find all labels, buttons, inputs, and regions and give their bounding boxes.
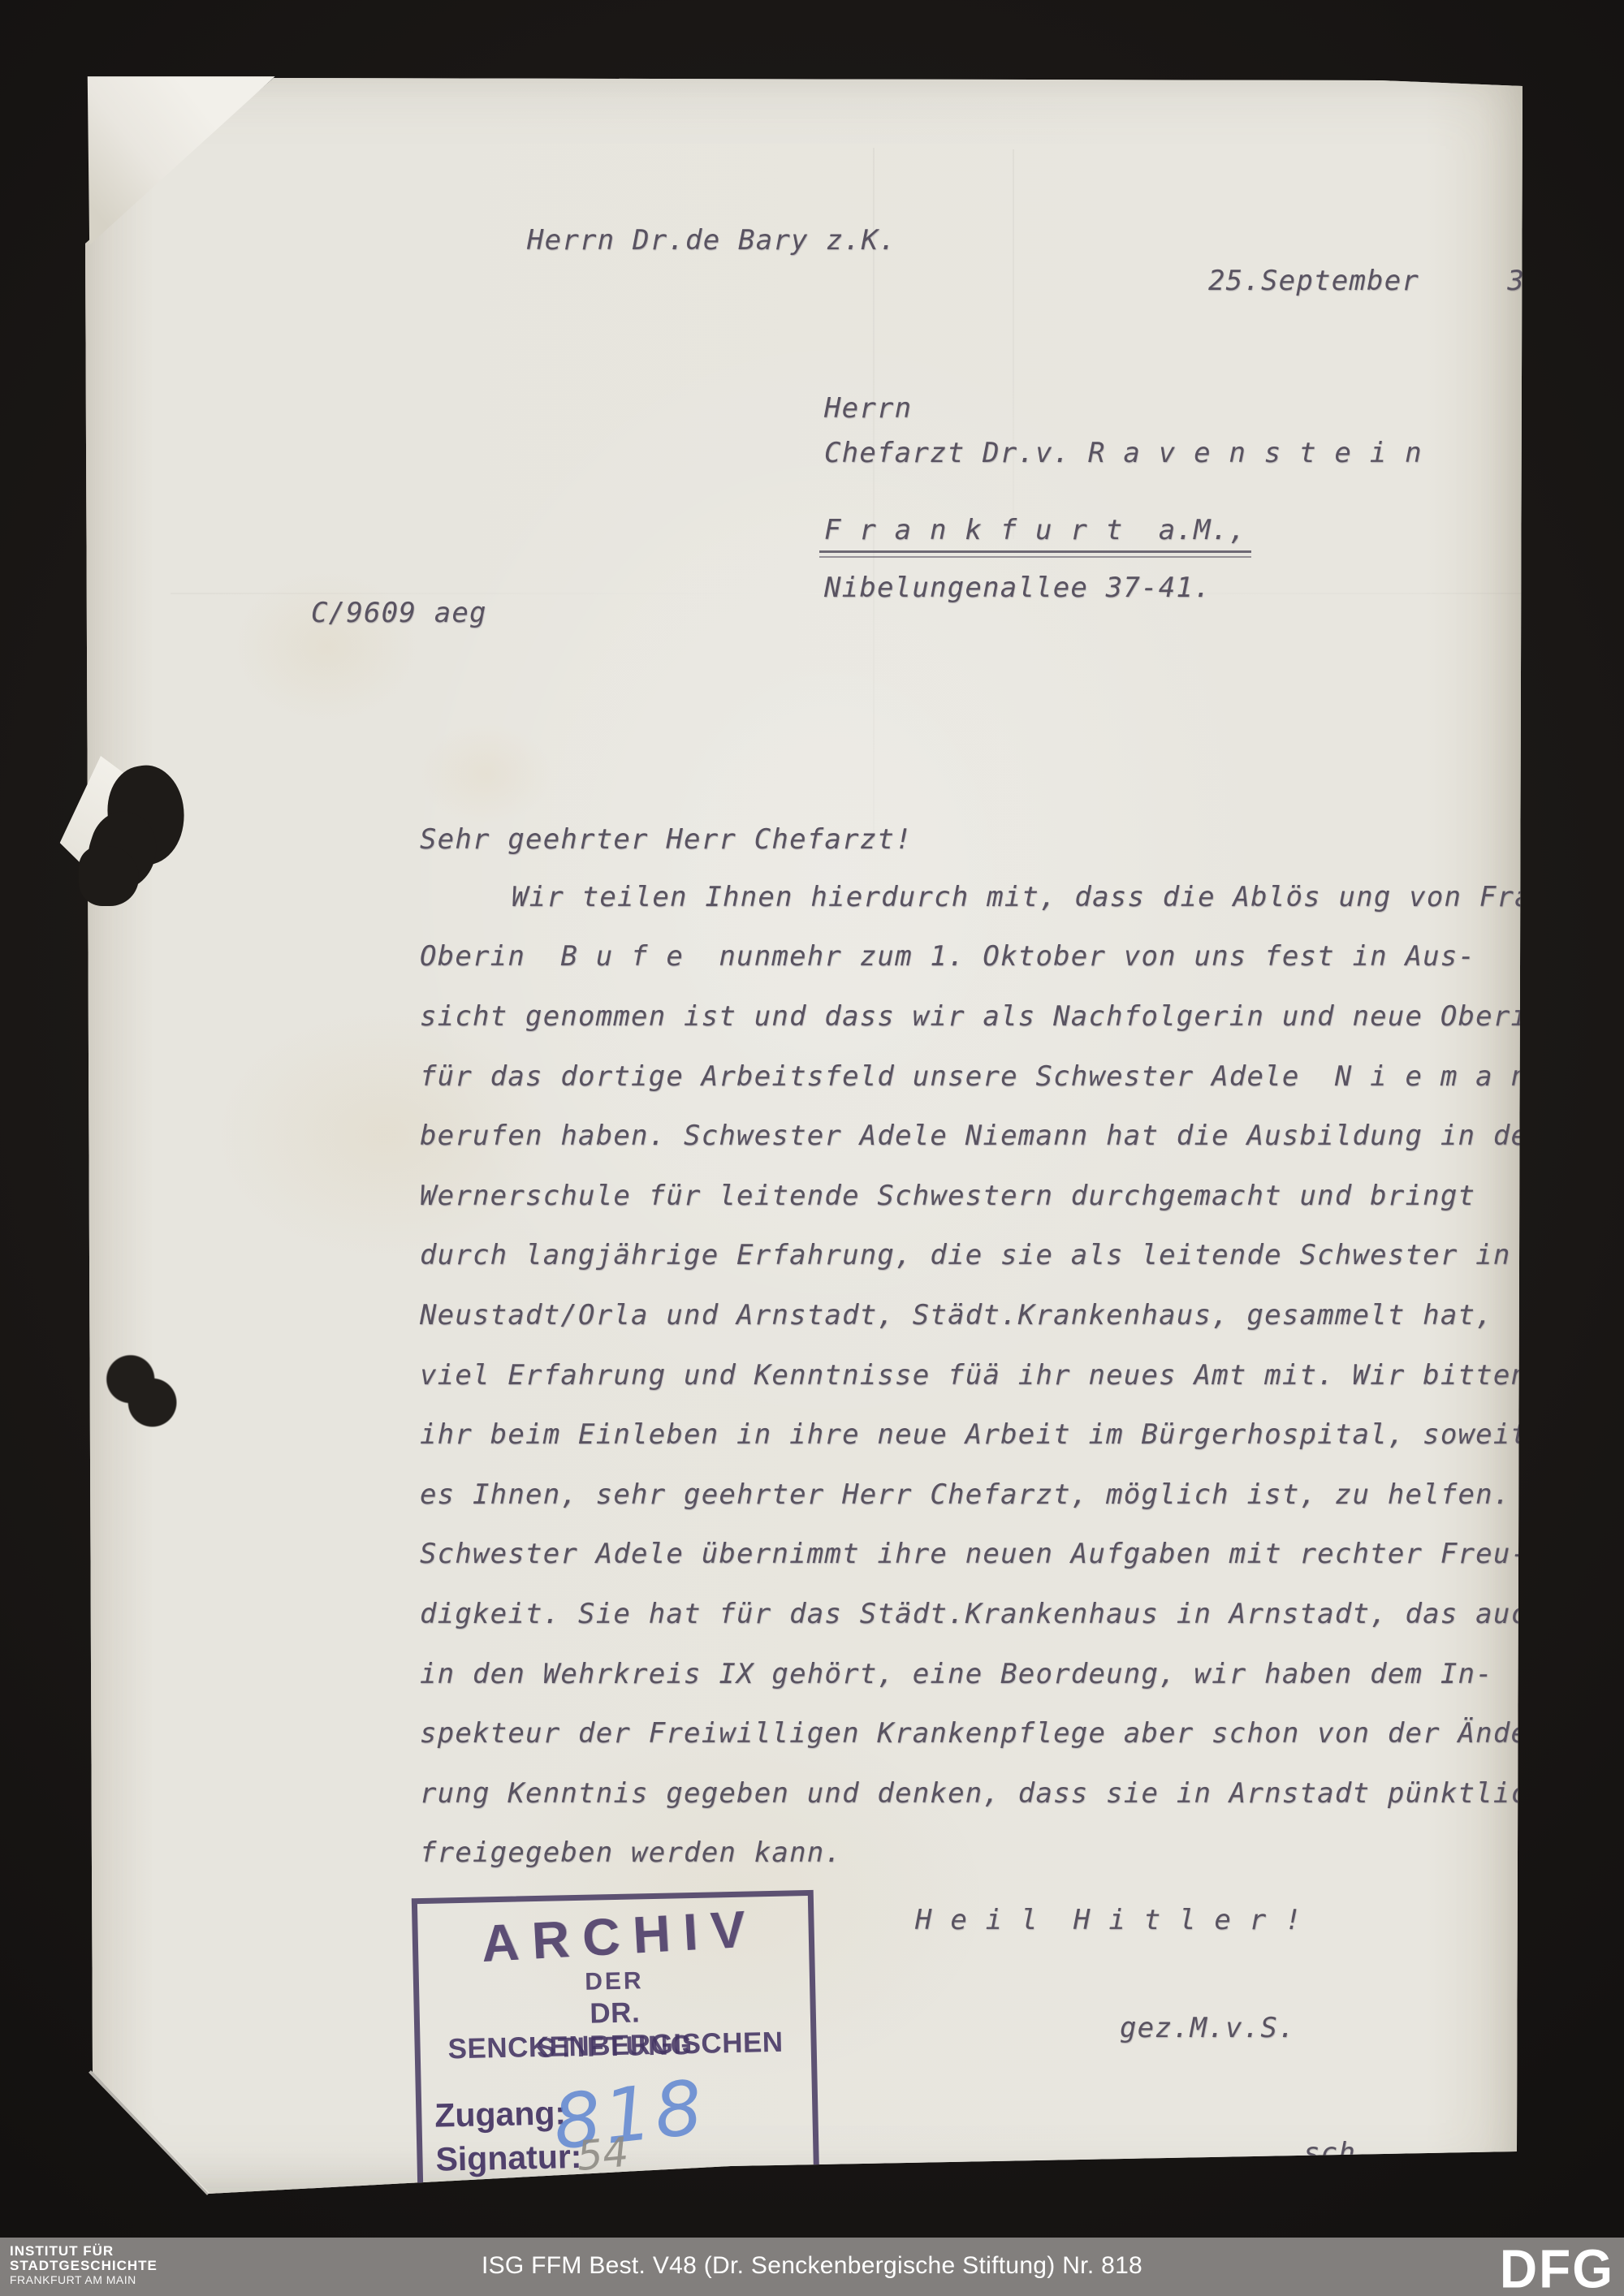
letter-body-line: spekteur der Freiwilligen Krankenpflege … [420, 1703, 1605, 1763]
recipient-salutation: Herrn [824, 392, 912, 425]
document-paper: Herrn Dr.de Bary z.K. 25.September 39 He… [81, 73, 1527, 2196]
letter-body-line: für das dortige Arbeitsfeld unsere Schwe… [420, 1047, 1605, 1107]
letter-body-line: freigegeben werden kann. [420, 1823, 1605, 1884]
stamp-field-signatur-label: Signatur: [435, 2138, 582, 2179]
caption-bar: INSTITUT FÜR STADTGESCHICHTE FRANKFURT A… [0, 2238, 1624, 2296]
paper-crease-vertical-2 [1013, 149, 1014, 539]
recipient-name: Chefarzt Dr.v. R a v e n s t e i n [824, 437, 1423, 469]
letter-body-line: Wir teilen Ihnen hierdurch mit, dass die… [420, 867, 1605, 927]
letter-body-line: in den Wehrkreis IX gehört, eine Beordeu… [420, 1644, 1605, 1704]
punch-hole-bottom [106, 1354, 184, 1432]
letter-body: Wir teilen Ihnen hierdurch mit, dass die… [420, 867, 1605, 1883]
letter-body-line: Neustadt/Orla und Arnstadt, Städt.Kranke… [420, 1285, 1605, 1345]
letter-body-line: ihr beim Einleben in ihre neue Arbeit im… [420, 1405, 1605, 1465]
archive-stamp: ARCHIV DER DR. SENCKENBERGISCHEN STIFTUN… [412, 1890, 820, 2229]
letter-signature: gez.M.v.S. [1120, 2012, 1296, 2044]
dfg-logo: DFG [1500, 2238, 1614, 2296]
letter-body-line: Oberin B u f e nunmehr zum 1. Oktober vo… [420, 927, 1605, 987]
typist-initials: sch [1303, 2137, 1356, 2169]
letter-date: 25.September 39 [1208, 265, 1543, 297]
letter-body-line: digkeit. Sie hat für das Städt.Krankenha… [420, 1584, 1605, 1644]
punch-hole-top-tear-tail [79, 846, 139, 906]
letter-closing: H e i l H i t l e r ! [915, 1904, 1302, 1936]
reference-number: C/9609 aeg [311, 597, 487, 629]
letter-body-line: sicht genommen ist und dass wir als Nach… [420, 986, 1605, 1047]
letter-body-line: Wernerschule für leitende Schwestern dur… [420, 1166, 1605, 1226]
recipient-city: F r a n k f u r t a.M., [824, 514, 1246, 546]
pencil-caret-annotation: ∧ [1130, 2176, 1160, 2220]
recipient-city-underline [819, 550, 1251, 558]
stamp-field-blattzahl-label: Blattzahl: [436, 2178, 586, 2220]
handling-note: Herrn Dr.de Bary z.K. [527, 224, 896, 257]
letter-body-line: rung Kenntnis gegeben und denken, dass s… [420, 1763, 1605, 1823]
letter-body-line: durch langjährige Erfahrung, die sie als… [420, 1226, 1605, 1286]
letter-body-line: viel Erfahrung und Kenntnisse füä ihr ne… [420, 1345, 1605, 1405]
letter-body-line: berufen haben. Schwester Adele Niemann h… [420, 1106, 1605, 1166]
archive-reference-caption: ISG FFM Best. V48 (Dr. Senckenbergische … [0, 2252, 1624, 2280]
letter-salutation: Sehr geehrter Herr Chefarzt! [420, 823, 913, 856]
letter-body-line: es Ihnen, sehr geehrter Herr Chefarzt, m… [420, 1465, 1605, 1525]
scan-viewer-background: Herrn Dr.de Bary z.K. 25.September 39 He… [0, 0, 1624, 2296]
recipient-street: Nibelungenallee 37-41. [824, 572, 1212, 604]
stamp-blattzahl-handwritten-value: 54 [575, 2129, 631, 2181]
stamp-field-zugang-label: Zugang: [434, 2094, 567, 2134]
letter-body-line: Schwester Adele übernimmt ihre neuen Auf… [420, 1525, 1605, 1585]
